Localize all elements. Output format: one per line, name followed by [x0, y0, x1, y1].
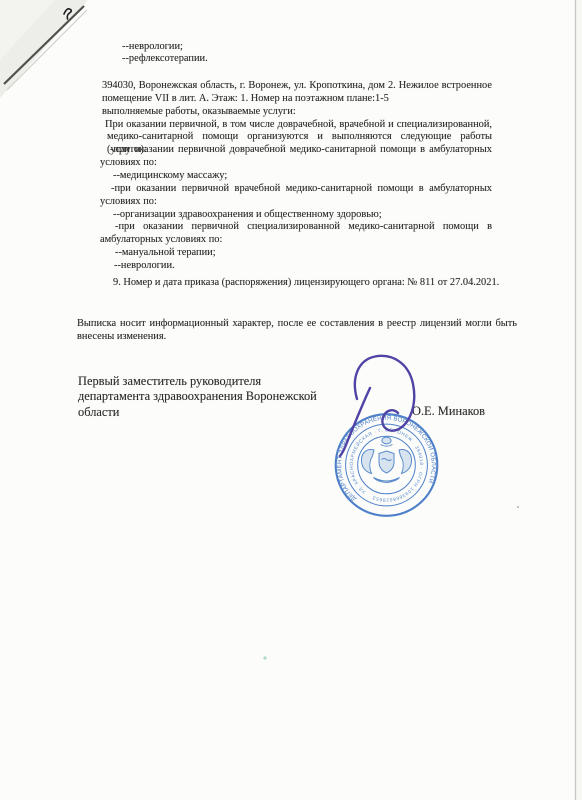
stamp-inner-ring: [358, 436, 416, 494]
body-line: --мануальной терапии;: [115, 247, 216, 260]
scan-speck-teal: [263, 656, 266, 659]
stamp-emblem: [361, 437, 411, 482]
body-line: 394030, Воронежская область, г. Воронеж,…: [102, 80, 492, 93]
emblem-crown-icon: [382, 437, 391, 444]
body-line: -при оказании первичной врачебной медико…: [111, 183, 492, 196]
fold-shadow-line: [7, 10, 87, 90]
body-line: --организации здравоохранения и обществе…: [113, 209, 382, 222]
stamp-outer-ring: [336, 414, 438, 516]
emblem-eagle-left-icon: [361, 450, 374, 474]
scan-edge-band: [576, 0, 582, 800]
emblem-eagle-right-icon: [399, 450, 412, 474]
scanned-document-page: --неврологии; --рефлексотерапии. 394030,…: [0, 0, 582, 800]
note-line: внесены изменения.: [77, 331, 166, 344]
body-line: выполняемые работы, оказываемые услуги:: [102, 106, 296, 119]
body-line: При оказании первичной, в том числе довр…: [105, 119, 492, 132]
continued-list-line: --неврологии;: [122, 41, 183, 54]
order-number-line: 9. Номер и дата приказа (распоряжения) л…: [113, 277, 499, 290]
body-line: амбулаторных условиях по:: [100, 234, 222, 247]
continued-list-line: --рефлексотерапии.: [122, 53, 208, 66]
signatory-title-line: департамента здравоохранения Воронежской: [78, 389, 317, 404]
emblem-shield-wave: [382, 459, 392, 461]
signature-loop: [355, 356, 414, 431]
note-line: Выписка носит информационный характер, п…: [77, 318, 517, 331]
emblem-crown-base: [381, 445, 393, 447]
signature: [340, 356, 414, 456]
body-line: -при оказании первичной специализированн…: [115, 221, 492, 234]
signatory-name: О.Е. Минаков: [412, 404, 485, 419]
stamp-inner-text: УЛ. КРАСНОАРМЕЙСКАЯ · Г. ВОРОНЕЖ · 39401…: [332, 411, 439, 518]
emblem-shield-icon: [379, 451, 394, 473]
scan-edge: [576, 0, 582, 800]
fold-highlight-triangle: [0, 0, 55, 60]
corner-ink-mark: [64, 9, 71, 19]
body-line: условиях по:: [100, 196, 157, 209]
page-corner-fold: [0, 0, 88, 98]
fold-line: [4, 6, 84, 84]
fold-shadow-triangle: [0, 0, 88, 98]
signatory-title-line: Первый заместитель руководителя: [78, 374, 261, 389]
scan-speck-gray: [517, 506, 519, 508]
signature-tail: [340, 388, 370, 456]
stamp-middle-ring: [346, 424, 428, 506]
emblem-base-ribbon: [374, 478, 400, 483]
stamp-inner-textpath: УЛ. КРАСНОАРМЕЙСКАЯ · Г. ВОРОНЕЖ · 39401…: [332, 411, 439, 518]
body-line: --неврологии.: [114, 260, 175, 273]
body-line: --медицинскому массажу;: [113, 170, 227, 183]
body-line: медико-санитарной помощи организуются и …: [107, 131, 492, 144]
signatory-title-line: области: [78, 405, 119, 420]
body-line: условиях по:: [100, 157, 157, 170]
body-line: помещение VII в лит. А. Этаж: 1. Номер н…: [102, 93, 389, 106]
body-line: -при оказании первичной доврачебной меди…: [110, 144, 492, 157]
